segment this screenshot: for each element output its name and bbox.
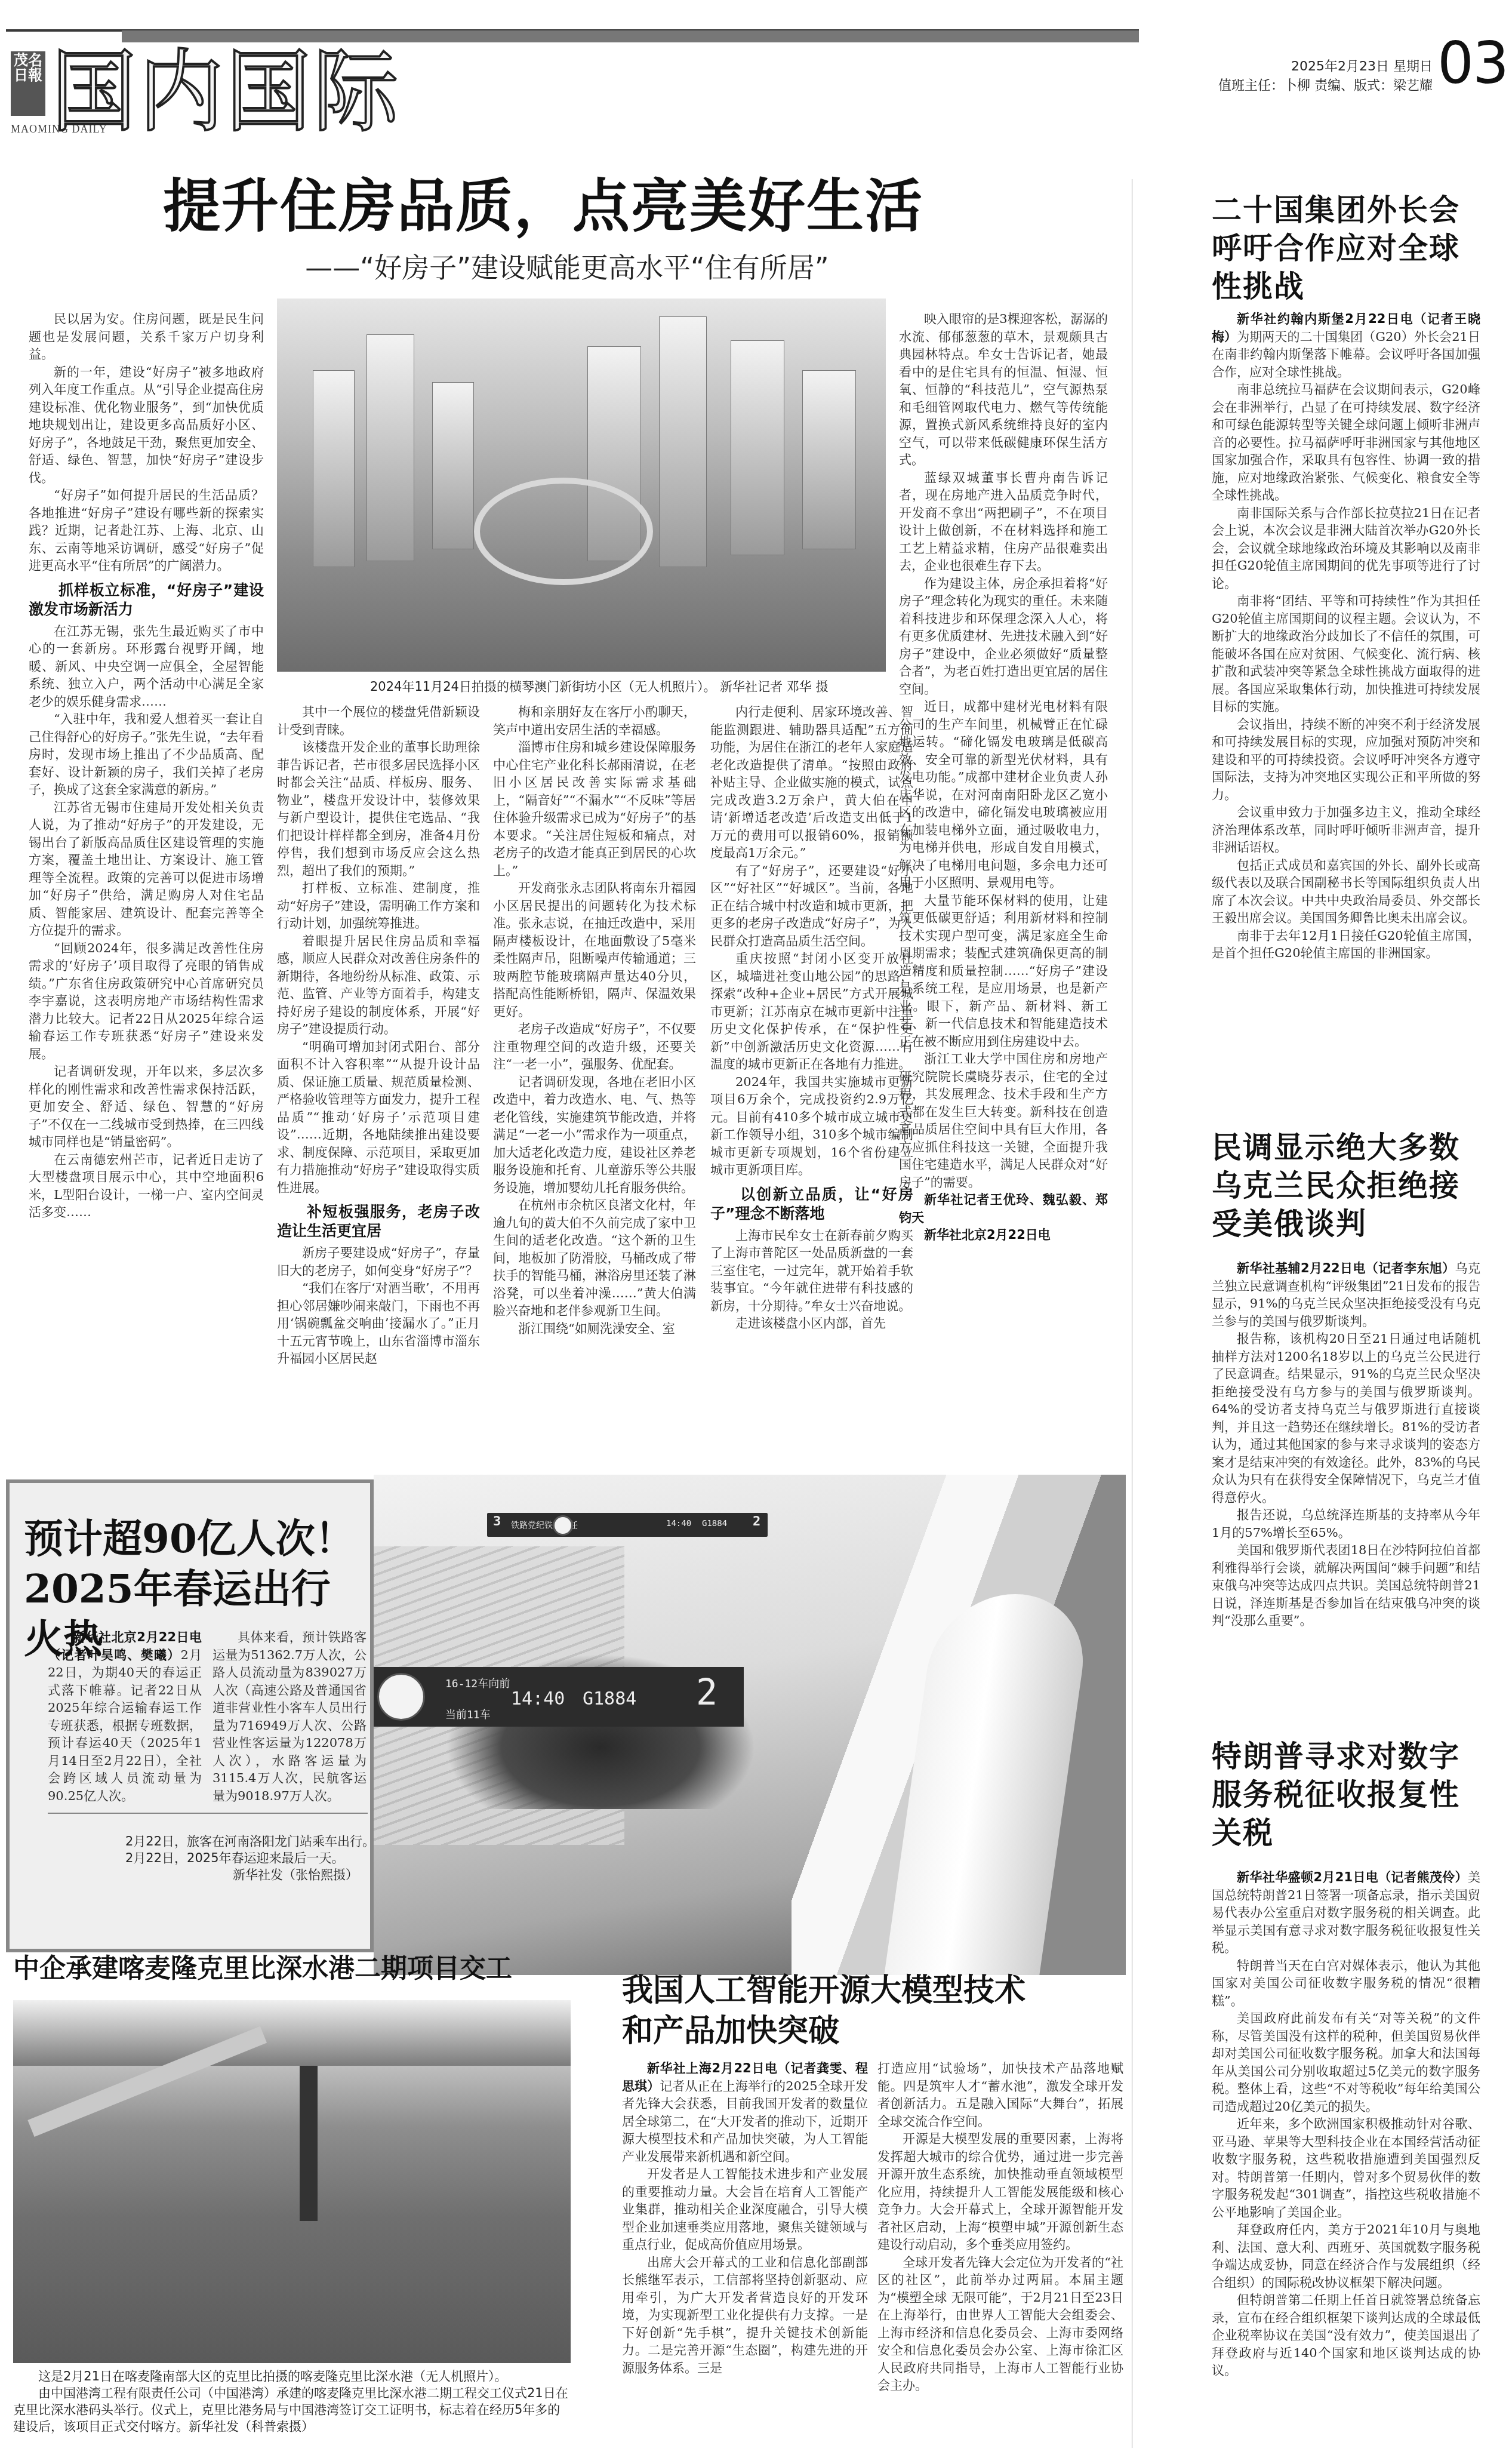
section-title: 国内国际 — [51, 42, 401, 143]
clock-icon — [377, 1673, 425, 1721]
page-number: 03 — [1437, 33, 1508, 93]
housing-col-4: 内行走便利、居家环境改善、智能监测跟进、辅助器具适配”五方面功能，为居住在浙江的… — [710, 703, 913, 1333]
port-caption: 这是2月21日在喀麦隆南部大区的克里比拍摄的喀麦隆克里比深水港（无人机照片）。 … — [13, 2368, 571, 2435]
housing-col-5: 映入眼帘的是3棵迎客松，潺潺的水流、郁郁葱葱的草木，景观颇具古典园林特点。牟女士… — [899, 310, 1108, 1244]
housing-byline: 新华社记者王优玲、魏弘毅、郑钧天 — [899, 1191, 1108, 1226]
spring-travel-col-2: 具体来看，预计铁路客运量为51362.7万人次，公路人员流动量为839027万人… — [213, 1629, 367, 1805]
logo: 茂名日報 — [11, 53, 45, 82]
housing-subhead-3: 以创新立品质，让“好房子”理念不断落地 — [710, 1185, 913, 1223]
editors: 值班主任：卜柳 责编、版式：梁艺耀 — [1152, 75, 1433, 94]
housing-col-3: 梅和亲朋好友在客厅小酌聊天，笑声中道出安居生活的幸福感。 淄博市住房和城乡建设保… — [493, 703, 696, 1337]
spring-travel-divider — [48, 1813, 368, 1814]
platform-board-top: 3 铁路党纪铁律责任 14:40 G1884 2 — [487, 1513, 768, 1537]
spring-travel-col-1: 新华社北京2月22日电（记者叶昊鸣、樊曦）2月22日，为期40天的春运正式落下帷… — [48, 1629, 202, 1805]
train-station-photo: 3 铁路党纪铁律责任 14:40 G1884 2 16-12车向前 14:40 … — [374, 1475, 1126, 1975]
platform-board-bottom: 16-12车向前 14:40 G1884 当前11车 2 — [374, 1667, 744, 1727]
ai-col-2: 打造应用“试验场”，加快技术产品落地赋能。四是筑牢人才“蓄水池”，激发全球开发者… — [877, 2060, 1123, 2395]
ukraine-headline: 民调显示绝大多数乌克兰民众拒绝接受美俄谈判 — [1212, 1128, 1480, 1243]
spring-travel-caption: 2月22日，旅客在河南洛阳龙门站乘车出行。 2月22日，2025年春运迎来最后一… — [125, 1833, 376, 1883]
port-photo — [13, 2000, 571, 2363]
housing-subhead-1: 抓样板立标准，“好房子”建设激发市场新活力 — [29, 581, 264, 619]
g20-headline: 二十国集团外长会呼吁合作应对全球性挑战 — [1212, 191, 1480, 306]
sidebar-divider — [1132, 179, 1132, 2448]
housing-subhead-2: 补短板强服务，老房子改造让生活更宜居 — [277, 1202, 480, 1241]
trump-tax-headline: 特朗普寻求对数字服务税征收报复性关税 — [1212, 1737, 1480, 1852]
housing-col-2: 其中一个展位的楼盘凭借新颖设计受到青睐。 该楼盘开发企业的董事长助理徐菲告诉记者… — [277, 703, 480, 1368]
ukraine-body: 新华社基辅2月22日电（记者李东旭）乌克兰独立民意调查机构“评级集团”21日发布… — [1212, 1260, 1480, 1630]
trump-tax-body: 新华社华盛顿2月21日电（记者熊茂伶）美国总统特朗普21日签署一项备忘录，指示美… — [1212, 1869, 1480, 2380]
issue-date: 2025年2月23日 星期日 — [1152, 56, 1433, 75]
housing-headline: 提升住房品质，点亮美好生活 — [30, 173, 1057, 239]
housing-photo-caption: 2024年11月24日拍摄的横琴澳门新街坊小区（无人机照片）。 新华社记者 邓华… — [370, 678, 907, 695]
ai-headline: 我国人工智能开源大模型技术 和产品加快突破 — [622, 1970, 1123, 2051]
housing-photo — [277, 299, 886, 672]
port-headline: 中企承建喀麦隆克里比深水港二期项目交工 — [13, 1951, 616, 1987]
housing-col-1: 民以居为安。住房问题，既是民生问题也是发展问题，关系千家万户切身利益。 新的一年… — [29, 310, 264, 1222]
clock-icon — [553, 1515, 573, 1536]
spring-travel-credit: 新华社发（张怡熙摄） — [125, 1866, 376, 1883]
housing-dateline: 新华社北京2月22日电 — [899, 1226, 1108, 1244]
g20-body: 新华社约翰内斯堡2月22日电（记者王晓梅）为期两天的二十国集团（G20）外长会2… — [1212, 310, 1480, 962]
trump-tax-lead: 新华社华盛顿2月21日电（记者熊茂伶） — [1237, 1870, 1468, 1884]
ukraine-lead: 新华社基辅2月22日电（记者李东旭） — [1237, 1261, 1455, 1275]
housing-subheadline: ——“好房子”建设赋能更高水平“住有所居” — [179, 251, 955, 284]
ai-col-1: 新华社上海2月22日电（记者龚雯、程思琪）记者从正在上海举行的2025全球开发者… — [622, 2060, 868, 2377]
spring-travel-lead: 新华社北京2月22日电（记者叶昊鸣、樊曦） — [48, 1630, 202, 1662]
